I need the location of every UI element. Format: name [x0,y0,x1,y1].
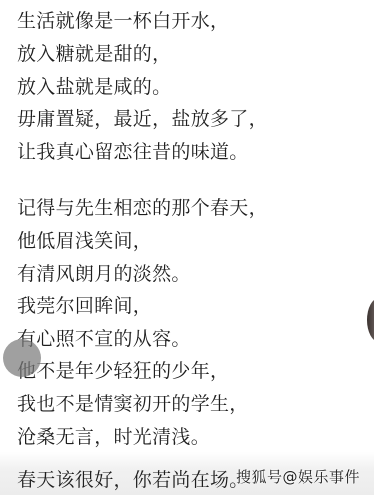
poem-line-1: 生活就像是一杯白开水， [17,10,229,32]
poem-line-12: 我也不是情窦初开的学生， [17,393,249,415]
avatar[interactable] [367,298,374,342]
poem-line-10: 有心照不宣的从容。 [17,328,191,350]
poem-line-2: 放入糖就是甜的， [17,43,171,65]
poem-line-6: 记得与先生相恋的那个春天， [17,197,268,219]
poem-line-13: 沧桑无言，时光清浅。 [17,426,210,448]
poem-line-5: 让我真心留恋往昔的味道。 [17,141,249,163]
poem-line-4: 毋庸置疑，最近，盐放多了， [17,108,268,130]
touch-indicator-icon [3,339,41,377]
poem-line-11: 他不是年少轻狂的少年， [17,360,229,382]
poem-line-14: 春天该很好，你若尚在场。 [17,469,249,491]
poem-line-8: 有清风朗月的淡然。 [17,263,191,285]
poem-line-9: 我莞尔回眸间， [17,295,152,317]
poem-line-3: 放入盐就是咸的。 [17,76,171,98]
poem-line-7: 他低眉浅笑间， [17,230,152,252]
watermark: 搜狐号@娱乐事件 [236,466,360,487]
